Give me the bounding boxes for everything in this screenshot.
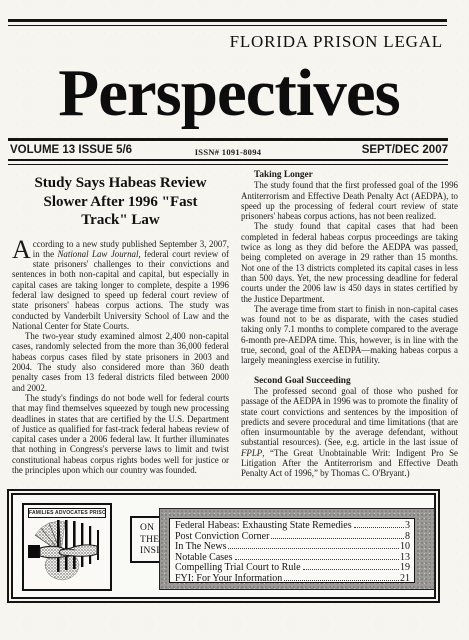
newsletter-front-page: FLORIDA PRISON LEGAL Perspectives VOLUME… (0, 0, 469, 640)
issue-date-label: SEPT/DEC 2007 (362, 144, 448, 156)
info-rule-thick (8, 159, 448, 161)
article-title-line-3: Track" Law (12, 211, 229, 230)
handshake-through-bars-icon (27, 519, 107, 585)
toc-dot-leader (303, 569, 399, 570)
toc-entry-page: 21 (400, 574, 410, 585)
article-paragraph: The study's findings do not bode well fo… (12, 393, 229, 475)
masthead-rule (8, 138, 448, 141)
article-right-column: Taking Longer The study found that the f… (241, 170, 458, 479)
article-paragraph: The study found that the first professed… (241, 180, 458, 221)
italic-publication-name: FPLP (241, 448, 262, 458)
italic-journal-name: National Law Journal (58, 249, 139, 259)
toc-dot-leader (228, 548, 399, 549)
toc-dot-leader (235, 559, 400, 560)
info-rule-thin (8, 164, 448, 165)
article-title-line-1: Study Says Habeas Review (12, 174, 229, 193)
footer-banner-inner: FAMILIES ADVOCATES PRISONERS (11, 493, 436, 599)
article-paragraph: The professed second goal of those who p… (241, 386, 458, 479)
toc-entry-label: Federal Habeas: Exhausting State Remedie… (175, 521, 352, 532)
section-heading: Taking Longer (241, 170, 458, 180)
toc-dot-leader (271, 538, 404, 539)
toc-dot-leader (284, 580, 399, 581)
masthead-kicker: FLORIDA PRISON LEGAL (150, 32, 443, 52)
article-paragraph: The two-year study examined almost 2,400… (12, 331, 229, 393)
article-title-line-2: Slower After 1996 "Fast (12, 193, 229, 212)
article-paragraph: The study found that capital cases that … (241, 221, 458, 303)
logo-caption: FAMILIES ADVOCATES PRISONERS (28, 508, 106, 518)
footer-banner: FAMILIES ADVOCATES PRISONERS (7, 489, 440, 603)
article-left-column: Study Says Habeas Review Slower After 19… (12, 174, 229, 475)
article-paragraph: According to a new study published Septe… (12, 239, 229, 332)
table-of-contents: Federal Habeas: Exhausting State Remedie… (169, 518, 415, 583)
toc-dot-leader (354, 527, 404, 528)
top-rule-thick (8, 19, 447, 22)
issue-info-row: VOLUME 13 ISSUE 5/6 ISSN# 1091-8094 SEPT… (8, 144, 448, 158)
paragraph-text: , “The Great Unobtainable Writ: Indigent… (241, 448, 458, 479)
paragraph-text: The professed second goal of those who p… (241, 386, 458, 447)
toc-entry: Federal Habeas: Exhausting State Remedie… (175, 521, 410, 532)
article-paragraph: The average time from start to finish in… (241, 304, 458, 366)
paragraph-text: , federal court review of state prisoner… (12, 249, 229, 331)
table-of-contents-frame: Federal Habeas: Exhausting State Remedie… (159, 508, 435, 590)
article-title: Study Says Habeas Review Slower After 19… (12, 174, 229, 230)
masthead-title: Perspectives (10, 52, 448, 134)
toc-entry-label: FYI: For Your Information (175, 574, 282, 585)
drop-cap: A (12, 239, 33, 260)
toc-entry: FYI: For Your Information 21 (175, 574, 410, 585)
toc-entry-page: 3 (405, 521, 410, 532)
top-rule-thin (8, 25, 447, 26)
organization-logo: FAMILIES ADVOCATES PRISONERS (22, 503, 112, 591)
section-heading: Second Goal Succeeding (241, 376, 458, 386)
